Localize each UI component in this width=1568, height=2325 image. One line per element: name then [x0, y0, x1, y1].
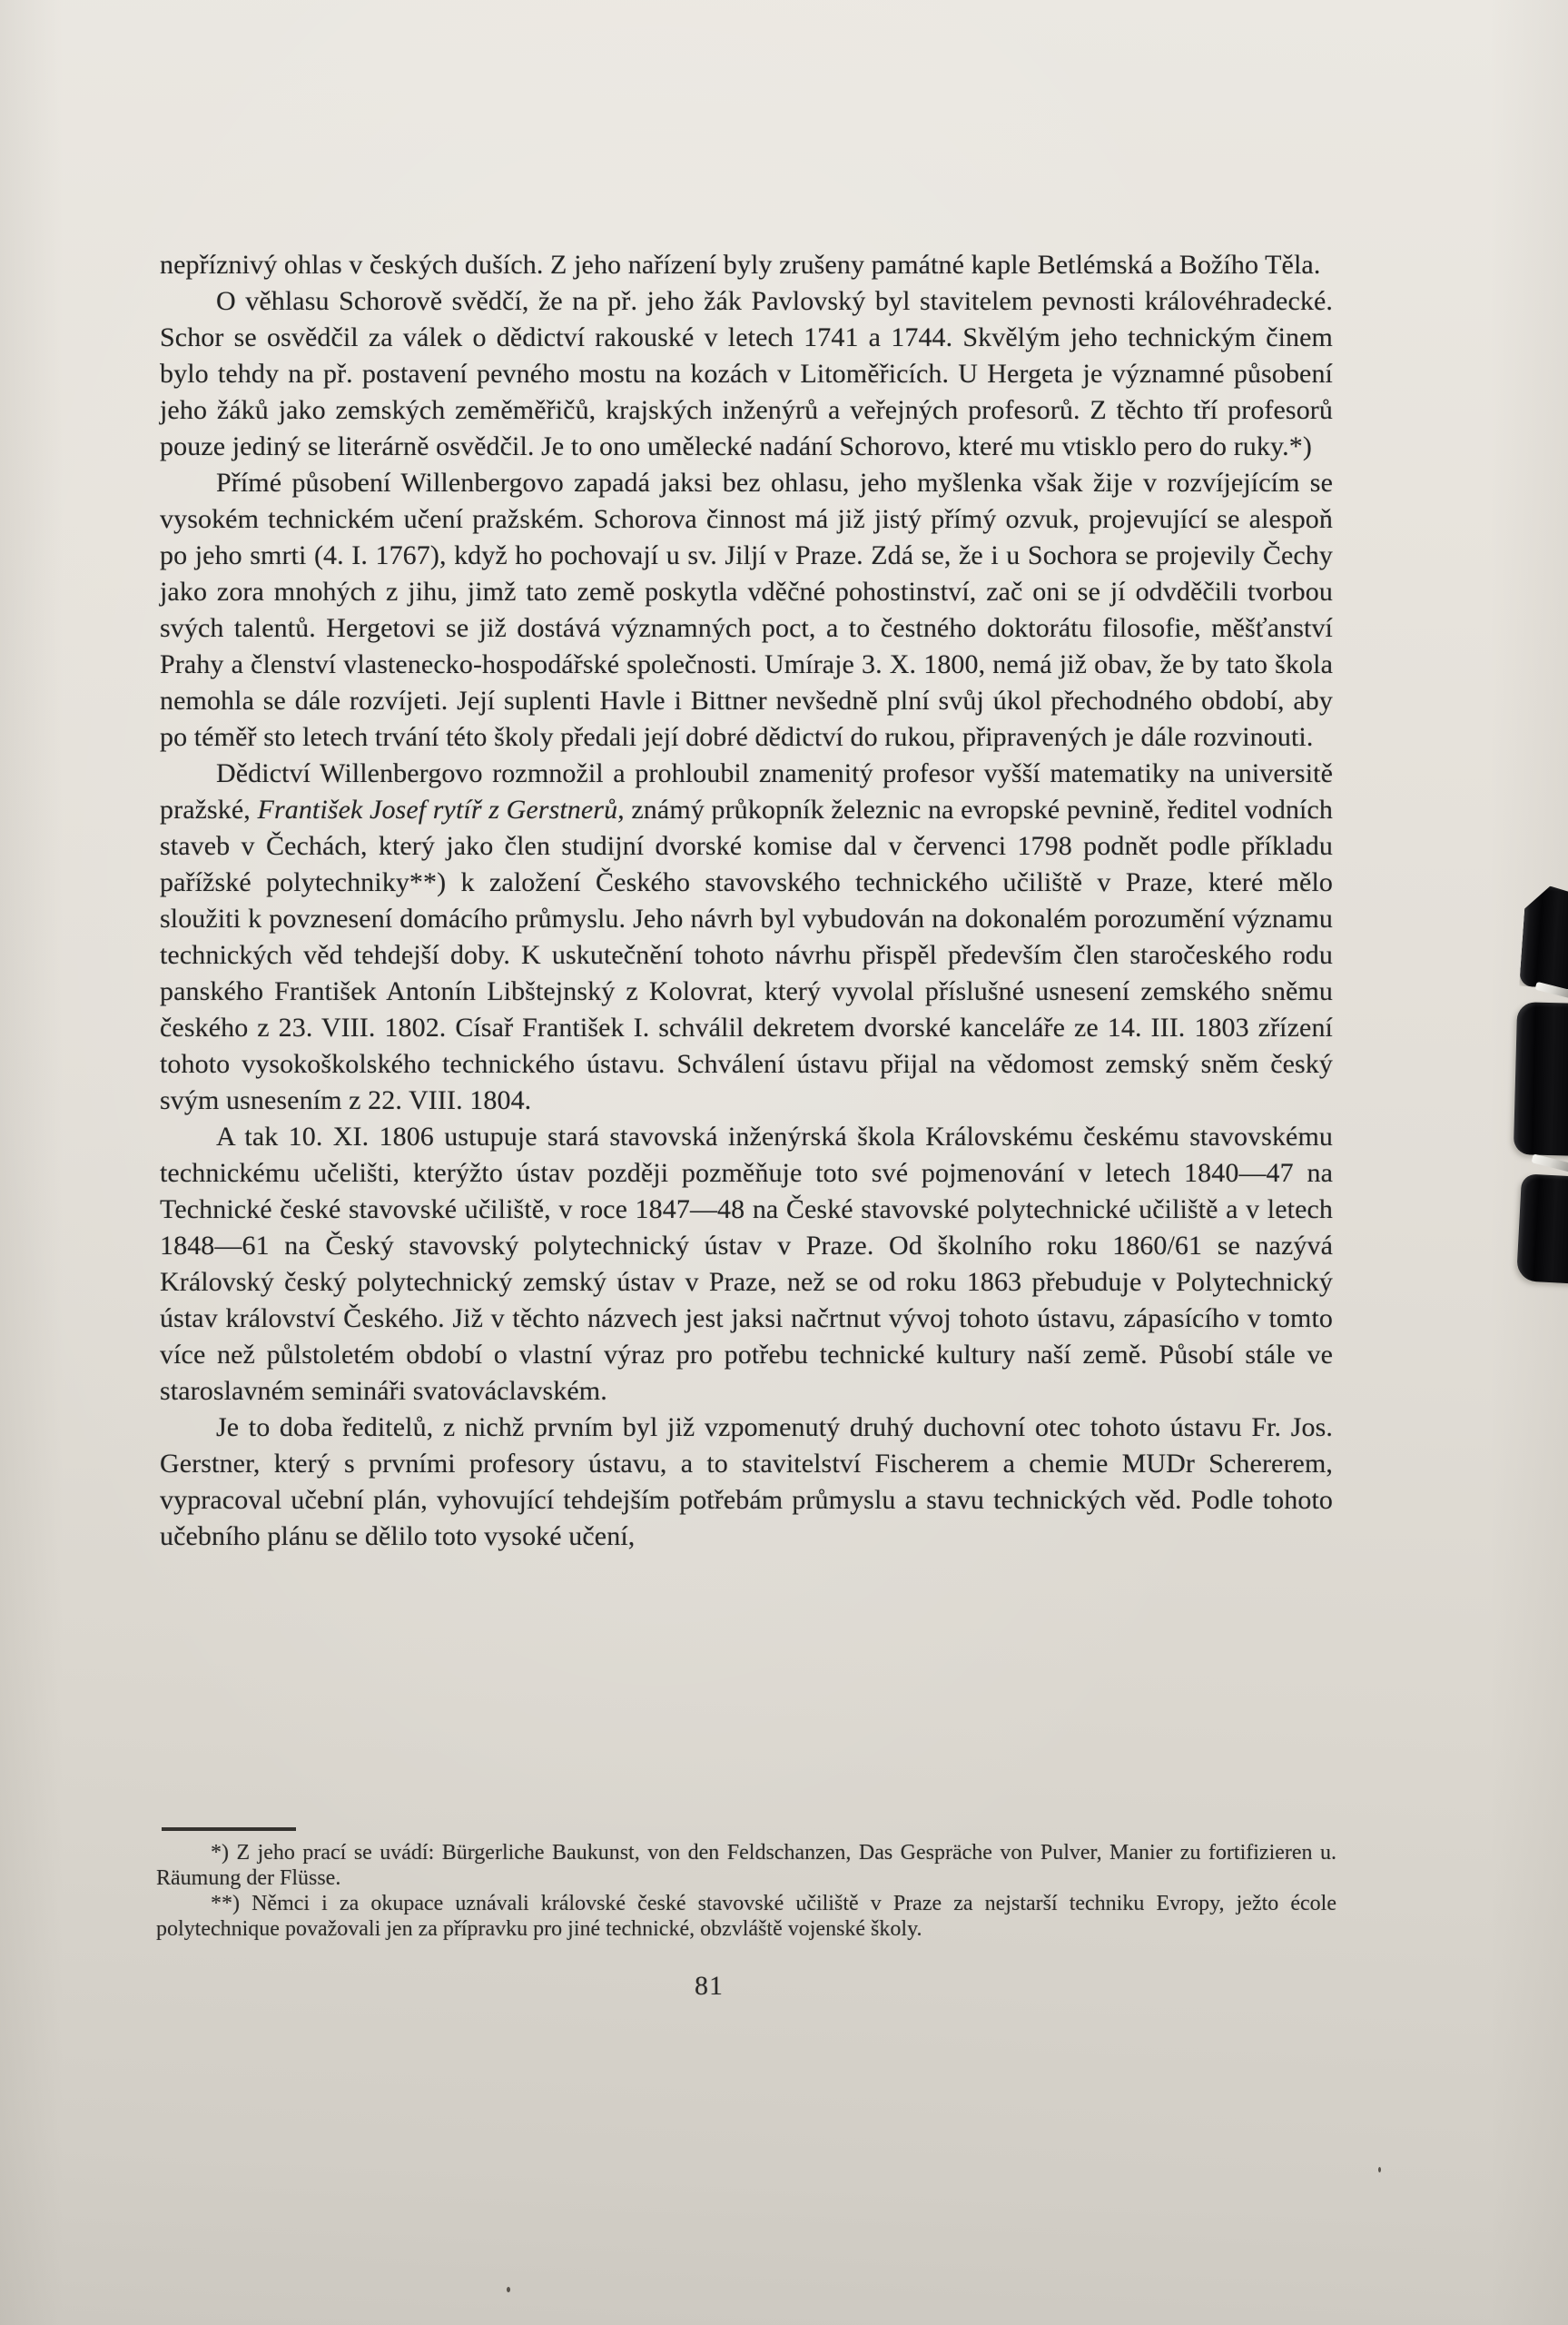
paper-speck: [507, 2287, 510, 2292]
paper-speck: [1378, 2167, 1381, 2172]
text-run: Přímé působení Willenbergovo zapadá jaks…: [160, 468, 1333, 752]
book-page: nepříznivý ohlas v českých duších. Z jeh…: [0, 0, 1568, 2325]
paragraph: Je to doba ředitelů, z nichž prvním byl …: [160, 1410, 1333, 1555]
paragraph: A tak 10. XI. 1806 ustupuje stará stavov…: [160, 1119, 1333, 1410]
text-run: A tak 10. XI. 1806 ustupuje stará stavov…: [160, 1122, 1333, 1406]
footnote: *) Z jeho prací se uvádí: Bürgerliche Ba…: [156, 1840, 1336, 1891]
binder-clip-bottom: [1516, 1173, 1568, 1284]
footnotes: *) Z jeho prací se uvádí: Bürgerliche Ba…: [156, 1840, 1336, 1942]
paragraph: nepříznivý ohlas v českých duších. Z jeh…: [160, 247, 1333, 283]
binding-highlight: [1532, 1153, 1568, 1172]
binder-clip-top: [1519, 885, 1568, 990]
text-run: O věhlasu Schorově svědčí, že na př. jeh…: [160, 286, 1333, 461]
footnote: **) Němci i za okupace uznávali královsk…: [156, 1891, 1336, 1942]
paragraph: O věhlasu Schorově svědčí, že na př. jeh…: [160, 283, 1333, 465]
paragraph: Dědictví Willenbergovo rozmnožil a prohl…: [160, 756, 1333, 1119]
binder-clips: [1512, 883, 1568, 1310]
text-run: nepříznivý ohlas v českých duších. Z jeh…: [160, 250, 1320, 280]
text-run: Je to doba ředitelů, z nichž prvním byl …: [160, 1412, 1333, 1551]
body-text: nepříznivý ohlas v českých duších. Z jeh…: [160, 247, 1333, 1555]
footnote-separator: [162, 1827, 296, 1831]
binder-clip-middle: [1514, 1002, 1568, 1156]
page-number: 81: [160, 1971, 1258, 2002]
text-run: známý průkopník železnic na evropské pev…: [160, 795, 1333, 1115]
paragraph: Přímé působení Willenbergovo zapadá jaks…: [160, 465, 1333, 756]
emphasized-name: František Josef rytíř z Gerstnerů,: [258, 795, 625, 825]
